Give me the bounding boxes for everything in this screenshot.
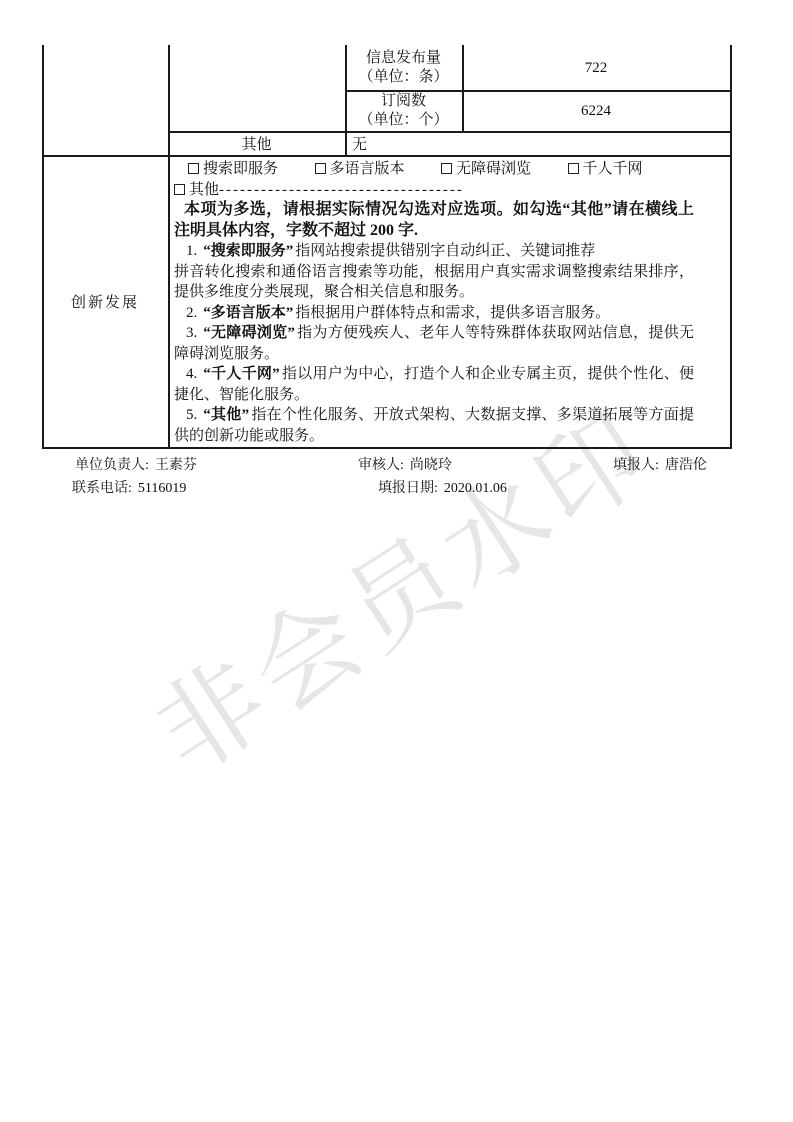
filler-field: 填报人:唐浩伦 [613,454,707,474]
option-accessibility[interactable]: 无障碍浏览 [441,159,568,180]
reviewer-label: 审核人: [358,458,404,473]
option-label: 搜索即服务 [203,161,278,177]
checkbox-icon[interactable] [568,163,579,174]
item-number: 5. [186,407,197,423]
item-term: “多语言版本” [203,305,293,321]
item-number: 2. [186,305,197,321]
info-publish-count-value-cell: 722 [463,46,729,90]
option-search-as-service[interactable]: 搜索即服务 [188,159,315,180]
instruction-text: 本项为多选，请根据实际情况勾选对应选项。如勾选“其他”请在横线上注明具体内容，字… [174,200,694,241]
date-value: 2020.01.06 [444,481,507,496]
info-publish-count-label: 信息发布量 [366,49,441,68]
info-publish-count-value: 722 [585,60,608,77]
table-border-bottom [42,447,732,449]
other-fill-in-line: ----------------------------------- [219,182,464,198]
item-term: “千人千网” [203,366,279,382]
item-description: 指网站搜索提供错别字自动纠正、关键词推荐 [295,243,595,259]
item-number: 3. [186,325,197,341]
item-description: 指根据用户群体特点和需求，提供多语言服务。 [295,305,610,321]
unit-head-value: 王素芬 [155,458,197,473]
item-term: “无障碍浏览” [203,325,295,341]
reviewer-value: 尚晓玲 [410,458,452,473]
definition-item-1: 1.“搜索即服务”指网站搜索提供错别字自动纠正、关键词推荐 [174,241,694,262]
definition-item-4: 4.“千人千网”指以用户为中心，打造个人和企业专属主页，提供个性化、便捷化、智能… [174,364,694,405]
filler-value: 唐浩伦 [665,458,707,473]
subscription-count-unit: （单位：个） [358,111,448,130]
other-row-label: 其他 [241,133,271,154]
option-label: 千人千网 [583,161,643,177]
innovation-content-cell: 搜索即服务 多语言版本 无障碍浏览 千人千网 其他---------------… [168,155,729,447]
checkbox-icon[interactable] [315,163,326,174]
checkbox-icon[interactable] [188,163,199,174]
option-personal-portal[interactable]: 千人千网 [568,159,695,180]
date-label: 填报日期: [378,481,438,496]
item-number: 4. [186,366,197,382]
other-row-value: 无 [352,133,367,154]
phone-value: 5116019 [138,481,186,496]
option-label: 无障碍浏览 [456,161,531,177]
checkbox-icon[interactable] [441,163,452,174]
phone-label: 联系电话: [72,481,132,496]
filler-label: 填报人: [613,458,659,473]
info-publish-count-unit: （单位：条） [358,68,448,87]
item-term: “其他” [203,407,249,423]
option-other[interactable]: 其他----------------------------------- [174,180,694,201]
other-row-value-cell: 无 [352,132,722,154]
option-label: 多语言版本 [330,161,405,177]
subscription-count-value-cell: 6224 [463,91,729,131]
item-description: 指在个性化服务、开放式架构、大数据支撑、多渠道拓展等方面提供的创新功能或服务。 [174,407,694,444]
definition-item-3: 3.“无障碍浏览”指为方便残疾人、老年人等特殊群体获取网站信息，提供无障碍浏览服… [174,323,694,364]
reviewer-field: 审核人:尚晓玲 [358,454,452,474]
checkbox-icon[interactable] [174,184,185,195]
innovation-row-label-cell: 创新发展 [43,156,167,447]
other-row-label-cell: 其他 [169,132,344,154]
definition-item-1-continuation: 拼音转化搜索和通俗语言搜索等功能，根据用户真实需求调整搜索结果排序，提供多维度分… [174,262,694,303]
item-number: 1. [186,243,197,259]
definition-item-5: 5.“其他”指在个性化服务、开放式架构、大数据支撑、多渠道拓展等方面提供的创新功… [174,405,694,446]
document-page: 非会员水印 信息发布量 （单位：条） 722 订阅数 （单位：个） 6224 其… [0,0,793,1122]
phone-field: 联系电话:5116019 [72,477,186,497]
date-field: 填报日期:2020.01.06 [378,477,507,497]
unit-head-label: 单位负责人: [75,458,149,473]
option-multilingual[interactable]: 多语言版本 [315,159,442,180]
info-publish-count-label-cell: 信息发布量 （单位：条） [346,46,461,90]
subscription-count-value: 6224 [581,103,611,120]
subscription-count-label-cell: 订阅数 （单位：个） [346,91,461,131]
innovation-row-label: 创新发展 [71,291,139,312]
unit-head-field: 单位负责人:王素芬 [75,454,197,474]
item-term: “搜索即服务” [203,243,293,259]
table-border-right [730,45,732,448]
subscription-count-label: 订阅数 [381,92,426,111]
option-label: 其他 [189,182,219,198]
checkbox-options-row: 搜索即服务 多语言版本 无障碍浏览 千人千网 [174,159,694,180]
definition-item-2: 2.“多语言版本”指根据用户群体特点和需求，提供多语言服务。 [174,303,694,324]
